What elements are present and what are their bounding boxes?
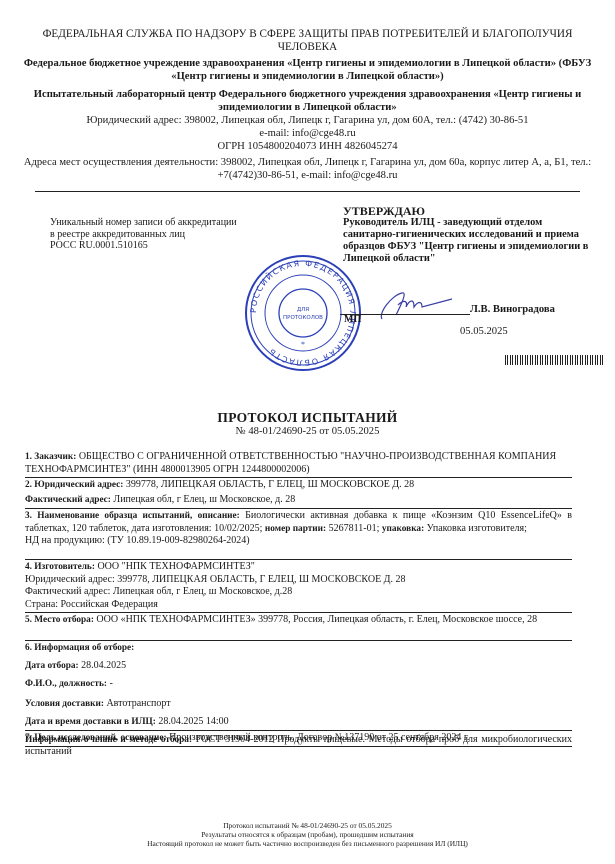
approval-block: УТВЕРЖДАЮ Руководитель ИЛЦ - заведующий … [343, 205, 593, 265]
fio-label: Ф.И.О., должность: [25, 679, 107, 689]
activity-address: Адреса мест осуществления деятельности: … [20, 156, 595, 182]
package-label: упаковка: [382, 524, 424, 534]
sampling-place-value: ООО «НПК ТЕХНОФАРМСИНТЕЗ» 399778, Россия… [96, 614, 537, 625]
actual-address-value: Липецкая обл, г Елец, ш Московское, д. 2… [113, 494, 295, 505]
approval-date: 05.05.2025 [460, 326, 508, 337]
manufacturer-legal-address: Юридический адрес: 399778, ЛИПЕЦКАЯ ОБЛА… [25, 574, 572, 587]
footer-reproduction-note: Настоящий протокол не может быть частичн… [100, 839, 515, 848]
approval-heading: УТВЕРЖДАЮ [343, 205, 593, 217]
protocol-title: ПРОТОКОЛ ИСПЫТАНИЙ [100, 410, 515, 426]
fio-value: - [109, 678, 112, 689]
accreditation-line1: Уникальный номер записи об аккредитации [50, 217, 270, 229]
purpose-value: Производственный контроль, Договор №1371… [169, 732, 469, 743]
mp-label: МП [344, 314, 361, 325]
section-divider [25, 477, 572, 478]
stamp-center-line1: ДЛЯ [297, 307, 309, 313]
accreditation-block: Уникальный номер записи об аккредитации … [50, 217, 270, 252]
customer-value: ОБЩЕСТВО С ОГРАНИЧЕННОЙ ОТВЕТСТВЕННОСТЬЮ… [25, 451, 556, 475]
batch-label: номер партии: [265, 524, 326, 534]
accreditation-line2: в реестре аккредитованных лиц [50, 229, 270, 241]
barcode-icon [505, 355, 605, 365]
delivery-label: Условия доставки: [25, 699, 104, 709]
approval-position: Руководитель ИЛЦ - заведующий отделом са… [343, 217, 593, 265]
footer-results-note: Результаты относятся к образцам (пробам)… [100, 830, 515, 839]
institution-name: Федеральное бюджетное учреждение здравоо… [20, 57, 595, 83]
manufacturer-value: ООО "НПК ТЕХНОФАРМСИНТЕЗ" [97, 561, 254, 572]
delivery-time-value: 28.04.2025 14:00 [158, 716, 228, 727]
manufacturer-actual-address: Фактический адрес: Липецкая обл, г Елец,… [25, 586, 572, 599]
sampling-date-value: 28.04.2025 [81, 660, 126, 671]
ogrn-inn: ОГРН 1054800204073 ИНН 4826045274 [20, 140, 595, 153]
section-legal-address: 2. Юридический адрес: 399778, ЛИПЕЦКАЯ О… [25, 479, 572, 506]
section-purpose: 7. Цель исследований, основание: Произво… [25, 732, 572, 745]
section-divider [25, 730, 572, 731]
section-sampling-place: 5. Место отбора: ООО «НПК ТЕХНОФАРМСИНТЕ… [25, 614, 572, 627]
actual-address-label: Фактический адрес: [25, 495, 111, 505]
batch-value: 5267811-01; [329, 523, 380, 534]
footer: Протокол испытаний № 48-01/24690-25 от 0… [100, 821, 515, 848]
agency-name: ФЕДЕРАЛЬНАЯ СЛУЖБА ПО НАДЗОРУ В СФЕРЕ ЗА… [20, 28, 595, 54]
section-sample: 3. Наименование образца испытаний, описа… [25, 510, 572, 548]
section-divider [25, 559, 572, 560]
legal-address-label: 2. Юридический адрес: [25, 480, 123, 490]
sample-label: 3. Наименование образца испытаний, описа… [25, 511, 240, 521]
manufacturer-country: Страна: Российская Федерация [25, 599, 572, 612]
section-customer: 1. Заказчик: ОБЩЕСТВО С ОГРАНИЧЕННОЙ ОТВ… [25, 451, 572, 476]
section-divider [25, 640, 572, 641]
signature-icon [378, 287, 454, 323]
lab-contacts: Юридический адрес: 398002, Липецкая обл,… [20, 114, 595, 153]
sampling-info-label: 6. Информация об отборе: [25, 642, 572, 654]
section-divider [25, 746, 572, 747]
protocol-number: № 48-01/24690-25 от 05.05.2025 [100, 426, 515, 437]
legal-address-value: 399778, ЛИПЕЦКАЯ ОБЛАСТЬ, Г ЕЛЕЦ, Ш МОСК… [126, 479, 414, 490]
package-value: Упаковка изготовителя; [427, 523, 527, 534]
svg-text:*: * [301, 340, 305, 349]
legal-address: Юридический адрес: 398002, Липецкая обл,… [20, 114, 595, 127]
delivery-time-label: Дата и время доставки в ИЛЦ: [25, 717, 156, 727]
purpose-label: 7. Цель исследований, основание: [25, 733, 167, 743]
section-divider [25, 508, 572, 509]
manufacturer-label: 4. Изготовитель: [25, 562, 95, 572]
header-divider [35, 191, 580, 192]
lab-name: Испытательный лабораторный центр Федерал… [20, 88, 595, 114]
customer-label: 1. Заказчик: [25, 452, 76, 462]
sampling-date-label: Дата отбора: [25, 661, 79, 671]
section-divider [25, 612, 572, 613]
accreditation-number: РОСС RU.0001.510165 [50, 240, 270, 252]
delivery-value: Автотранспорт [106, 698, 170, 709]
sampling-place-label: 5. Место отбора: [25, 615, 94, 625]
email: e-mail: info@cge48.ru [20, 127, 595, 140]
stamp-center-line2: ПРОТОКОЛОВ [283, 315, 323, 321]
section-manufacturer: 4. Изготовитель: ООО "НПК ТЕХНОФАРМСИНТЕ… [25, 561, 572, 611]
signatory-name: Л.В. Виноградова [470, 304, 555, 315]
product-nd: НД на продукцию: (ТУ 10.89.19-009-829802… [25, 535, 572, 548]
footer-protocol-ref: Протокол испытаний № 48-01/24690-25 от 0… [100, 821, 515, 830]
official-stamp-icon: РОССИЙСКАЯ ФЕДЕРАЦИЯ ЛИПЕЦКАЯ ОБЛАСТЬ ДЛ… [243, 253, 363, 373]
